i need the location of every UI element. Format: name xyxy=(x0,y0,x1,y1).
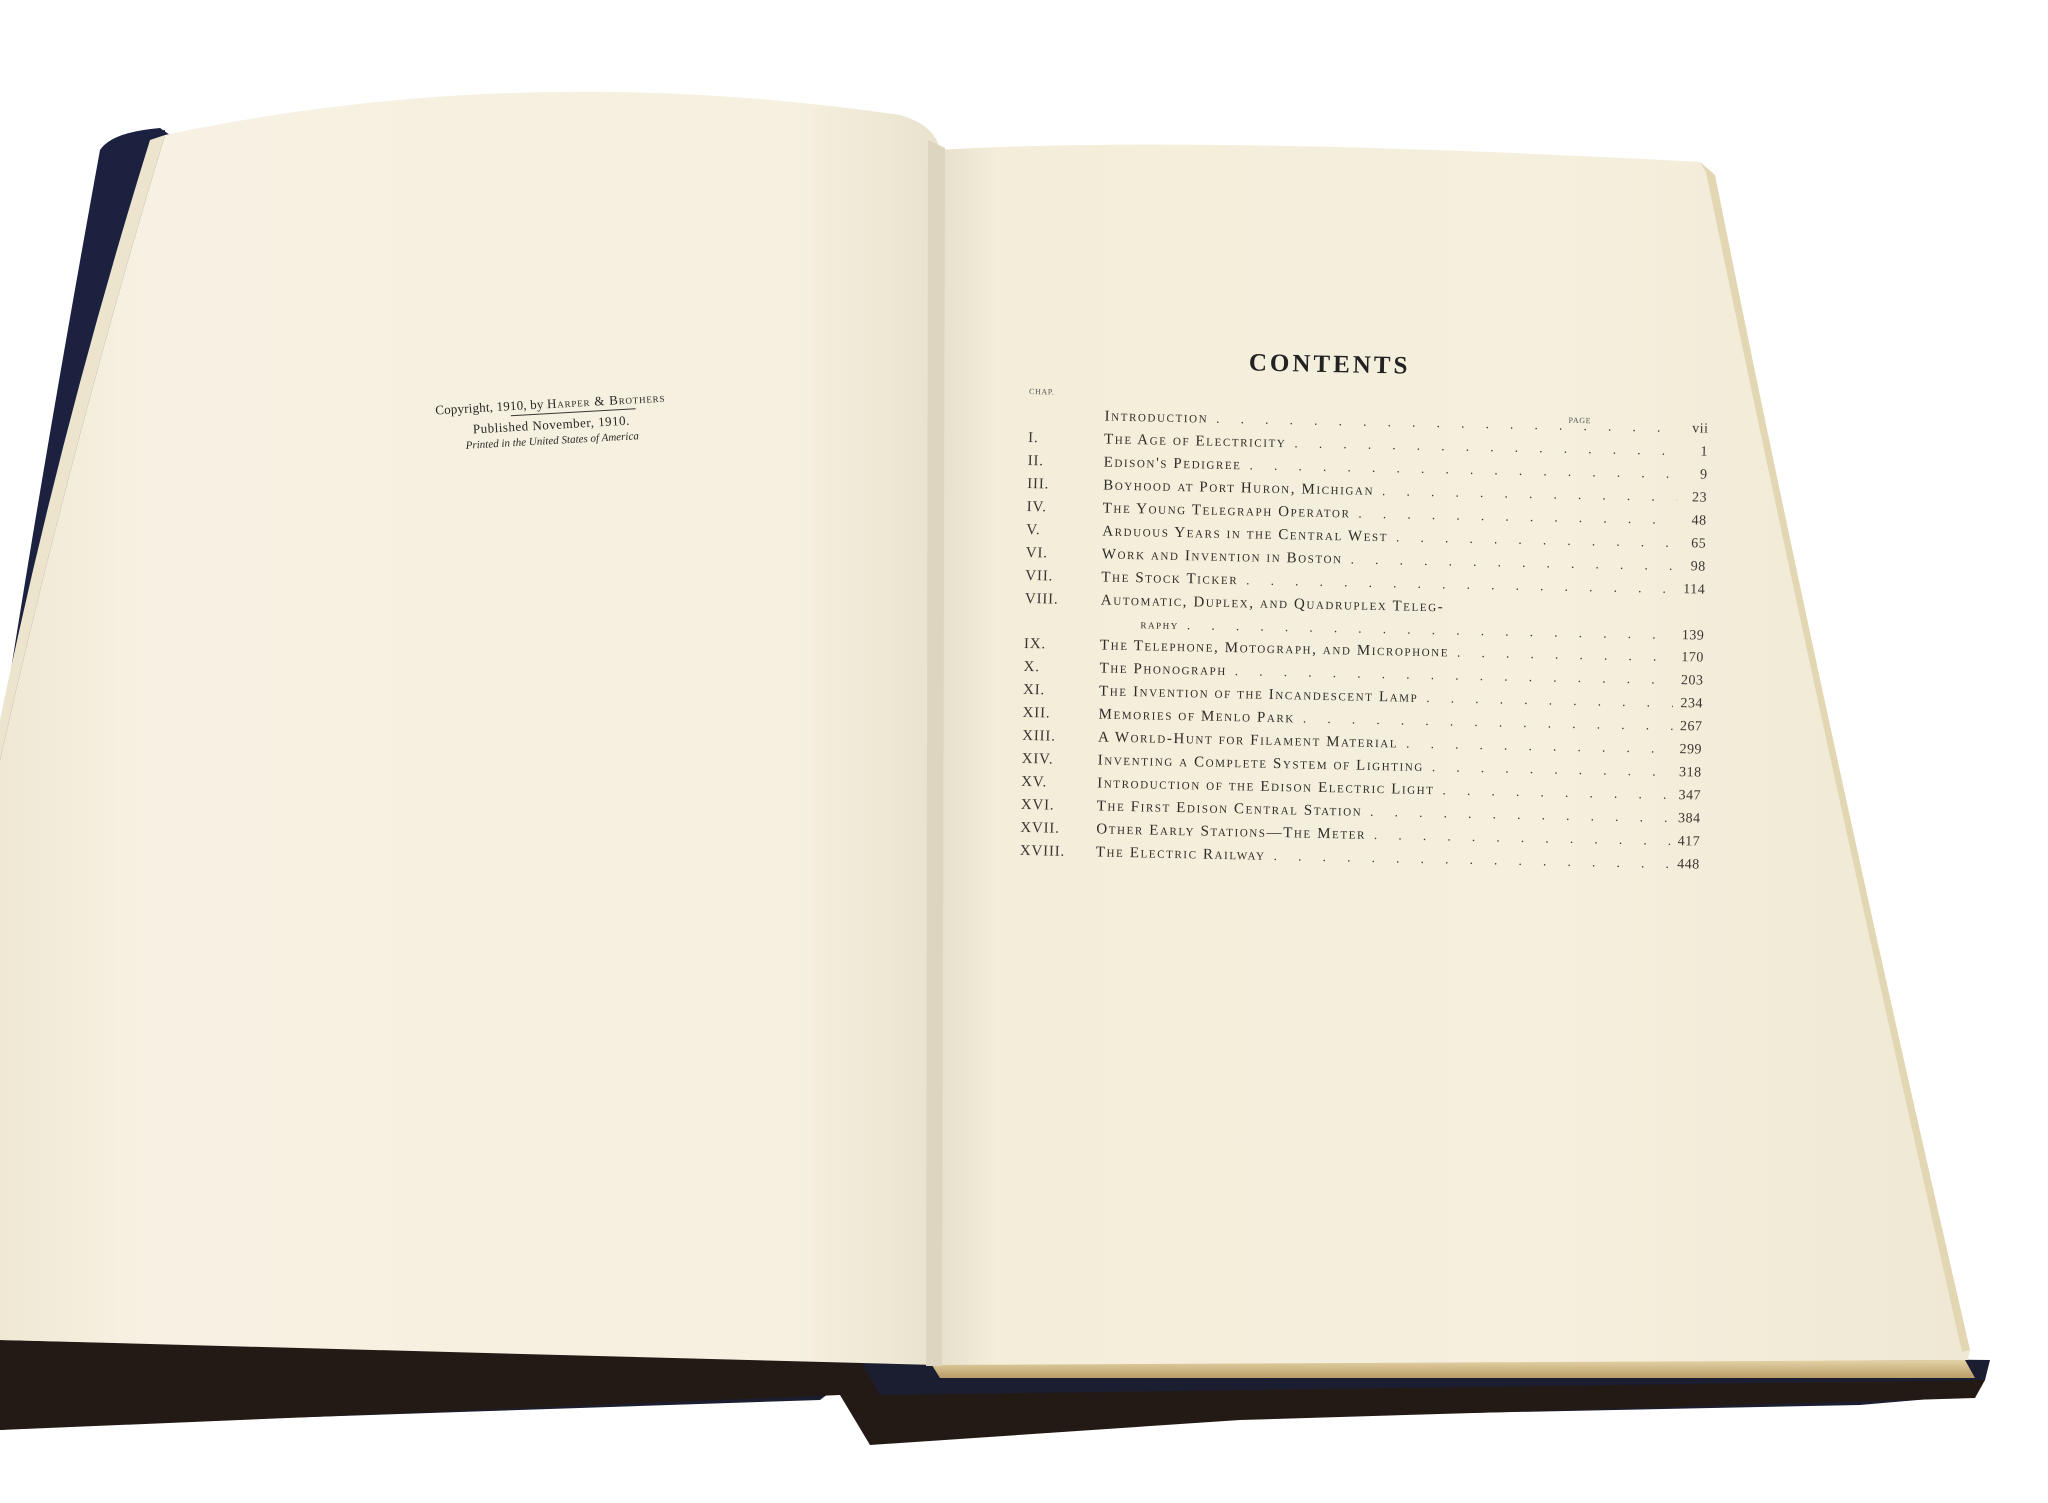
chapter-title: The Phonograph xyxy=(1099,660,1227,680)
page-number: 299 xyxy=(1672,742,1702,759)
chapter-number: IX. xyxy=(1024,636,1100,655)
chapter-number: VII. xyxy=(1025,568,1101,587)
page-number: 1 xyxy=(1678,444,1708,461)
chapter-title: Introduction xyxy=(1104,409,1208,428)
chapter-number xyxy=(1024,626,1100,628)
page-number: 114 xyxy=(1675,582,1705,599)
chapter-title: The Stock Ticker xyxy=(1101,569,1238,589)
chapter-title: Edison's Pedigree xyxy=(1103,455,1241,475)
chapter-number: XVII. xyxy=(1020,820,1096,839)
page-number: 65 xyxy=(1676,536,1706,553)
toc-list: Introduction . . . . . . . . . . . . . .… xyxy=(1020,407,1709,880)
page-number: 9 xyxy=(1677,467,1707,484)
chapter-number: XI. xyxy=(1023,682,1099,701)
chapter-number: III. xyxy=(1027,476,1103,495)
chapter-title: raphy xyxy=(1100,615,1179,633)
chapter-title: The Age of Electricity xyxy=(1104,432,1287,453)
page-number: 417 xyxy=(1670,834,1700,851)
chapter-number: IV. xyxy=(1027,499,1103,518)
page-number: 234 xyxy=(1673,696,1703,713)
page-number: 318 xyxy=(1671,765,1701,782)
chapter-title: The Young Telegraph Operator xyxy=(1103,500,1351,522)
page-number: 139 xyxy=(1674,628,1704,645)
chapter-number: XII. xyxy=(1022,705,1098,724)
page-number: 384 xyxy=(1670,811,1700,828)
page-number: 23 xyxy=(1677,490,1707,507)
page-number: 170 xyxy=(1674,650,1704,667)
chapter-number: XIII. xyxy=(1022,728,1098,747)
chapter-title: The Electric Railway xyxy=(1096,844,1266,864)
chapter-number xyxy=(1029,419,1105,421)
contents-page: CONTENTS CHAP. PAGE Introduction . . . .… xyxy=(1020,345,1710,880)
chapter-title: Work and Invention in Boston xyxy=(1102,546,1343,568)
page-number: 203 xyxy=(1673,673,1703,690)
chapter-number: VIII. xyxy=(1025,591,1101,610)
leader-dots: . . . . . . . . . . . . . . . . . . . . … xyxy=(1449,644,1674,665)
chapter-number: XVIII. xyxy=(1020,843,1096,862)
page-number: 448 xyxy=(1670,857,1700,874)
chapter-number: XIV. xyxy=(1022,751,1098,770)
page-column-label: PAGE xyxy=(1569,416,1592,425)
chapter-number: I. xyxy=(1028,430,1104,449)
page-number xyxy=(1444,611,1474,612)
chapter-number: X. xyxy=(1023,659,1099,678)
chap-column-label: CHAP. xyxy=(1029,387,1055,397)
chapter-number: II. xyxy=(1027,453,1103,472)
chapter-number: XVI. xyxy=(1021,797,1097,816)
page-number: vii xyxy=(1678,421,1708,438)
page-number: 48 xyxy=(1676,513,1706,530)
page-number: 267 xyxy=(1672,719,1702,736)
page-number: 347 xyxy=(1671,788,1701,805)
chapter-number: XV. xyxy=(1021,774,1097,793)
leader-dots: . . . . . . . . . . . . . . . . . . . . … xyxy=(1434,782,1671,803)
chapter-title: Memories of Menlo Park xyxy=(1098,706,1295,727)
chapter-number: V. xyxy=(1026,522,1102,541)
chapter-number: VI. xyxy=(1026,545,1102,564)
page-number: 98 xyxy=(1676,559,1706,576)
